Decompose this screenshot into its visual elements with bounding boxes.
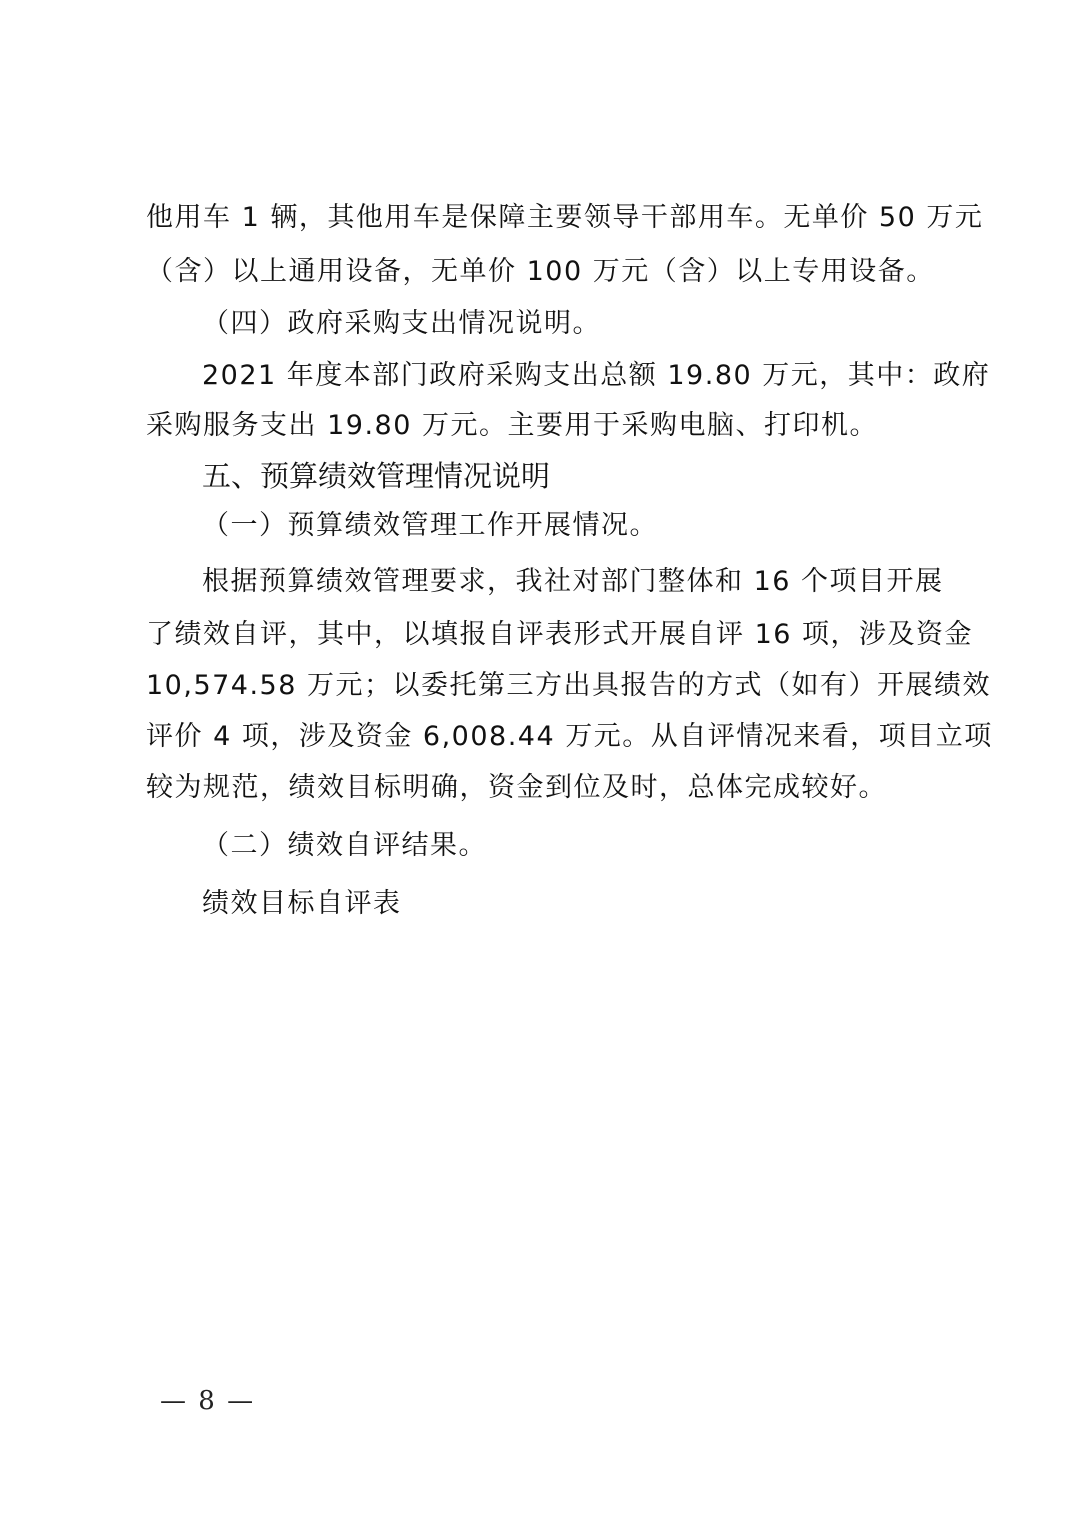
paragraph-procurement-line-2: 采购服务支出 19.80 万元。主要用于采购电脑、打印机。 bbox=[146, 408, 942, 444]
paragraph-procurement-line-1: 2021 年度本部门政府采购支出总额 19.80 万元，其中：政府 bbox=[202, 358, 942, 394]
paragraph-performance-line-1: 根据预算绩效管理要求，我社对部门整体和 16 个项目开展 bbox=[202, 564, 942, 600]
paragraph-performance-line-3: 10,574.58 万元；以委托第三方出具报告的方式（如有）开展绩效 bbox=[146, 668, 942, 704]
subheading-self-evaluation-results: （二）绩效自评结果。 bbox=[202, 828, 942, 864]
paragraph-vehicle-line-2: （含）以上通用设备，无单价 100 万元（含）以上专用设备。 bbox=[146, 254, 942, 290]
paragraph-performance-line-2: 了绩效自评，其中，以填报自评表形式开展自评 16 项，涉及资金 bbox=[146, 617, 942, 653]
subheading-performance-work: （一）预算绩效管理工作开展情况。 bbox=[202, 508, 942, 544]
paragraph-performance-line-5: 较为规范，绩效目标明确，资金到位及时，总体完成较好。 bbox=[146, 770, 942, 806]
section-heading-performance: 五、预算绩效管理情况说明 bbox=[202, 458, 942, 494]
paragraph-performance-line-4: 评价 4 项，涉及资金 6,008.44 万元。从自评情况来看，项目立项 bbox=[146, 719, 942, 755]
paragraph-vehicle-line-1: 他用车 1 辆，其他用车是保障主要领导干部用车。无单价 50 万元 bbox=[146, 200, 942, 236]
subheading-procurement: （四）政府采购支出情况说明。 bbox=[202, 306, 942, 342]
document-page: 他用车 1 辆，其他用车是保障主要领导干部用车。无单价 50 万元 （含）以上通… bbox=[0, 0, 1074, 1520]
page-number: — 8 — bbox=[160, 1386, 255, 1416]
table-caption-self-evaluation: 绩效目标自评表 bbox=[202, 886, 942, 922]
